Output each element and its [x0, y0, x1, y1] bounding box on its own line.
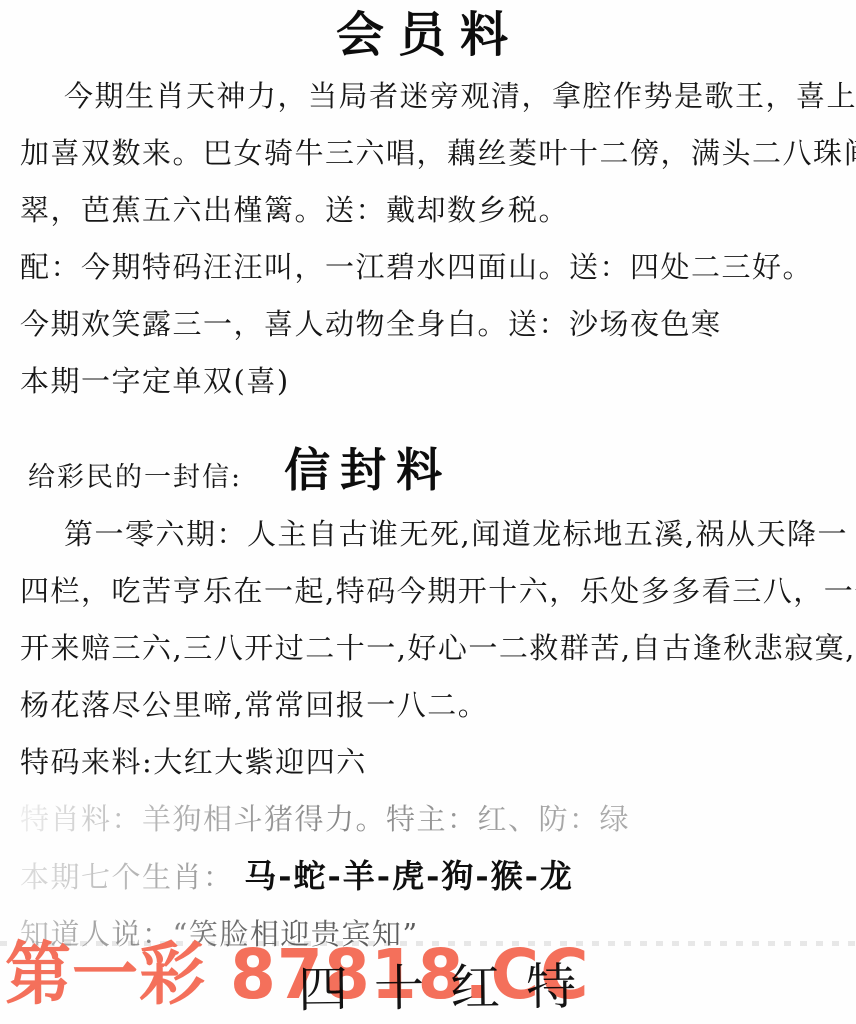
member-pei-line: 配：今期特码汪汪叫，一江碧水四面山。送：四处二三好。	[20, 251, 838, 284]
envelope-intro-label: 给彩民的一封信:	[28, 455, 242, 494]
seven-zodiac-label: 本期七个生肖：	[20, 860, 234, 894]
member-danshuang-line: 本期一字定单双(喜)	[20, 365, 838, 398]
sheet-content: 会员料 今期生肖天神力，当局者迷旁观清，拿腔作势是歌王，喜上 加喜双数来。巴女骑…	[0, 0, 856, 951]
envelope-texiao-faded-line: 特肖料：羊狗相斗猪得力。特主：红、防：绿	[20, 803, 838, 836]
envelope-header: 给彩民的一封信: 信封料	[20, 434, 838, 500]
seven-zodiac-values: 马-蛇-羊-虎-狗-猴-龙	[244, 857, 574, 895]
envelope-tema-line: 特码来料:大红大紫迎四六	[20, 746, 838, 779]
member-poem-line-2: 加喜双数来。巴女骑牛三六唱，藕丝菱叶十二傍，满头二八珠间	[20, 137, 838, 170]
envelope-seven-zodiac-line: 本期七个生肖： 马-蛇-羊-虎-狗-猴-龙	[20, 860, 838, 894]
member-huanxiao-line: 今期欢笑露三一，喜人动物全身白。送：沙场夜色寒	[20, 308, 838, 341]
envelope-letter-line-4: 杨花落尽公里啼,常常回报一八二。	[20, 689, 838, 722]
scanned-lottery-sheet: 会员料 今期生肖天神力，当局者迷旁观清，拿腔作势是歌王，喜上 加喜双数来。巴女骑…	[0, 0, 856, 1024]
envelope-letter-line-3: 开来赔三六,三八开过二十一,好心一二救群苦,自古逢秋悲寂寞,	[20, 632, 838, 665]
member-section-title: 会员料	[20, 0, 838, 64]
envelope-letter-line-2: 四栏，吃苦亨乐在一起,特码今期开十六，乐处多多看三八，一七	[20, 575, 838, 608]
envelope-section-title: 信封料	[284, 434, 452, 500]
member-poem-line-3: 翠，芭蕉五六出槿篱。送：戴却数乡税。	[20, 194, 838, 227]
envelope-letter-line-1: 第一零六期：人主自古谁无死,闻道龙标地五溪,祸从天降一	[20, 518, 838, 551]
member-poem-line-1: 今期生肖天神力，当局者迷旁观清，拿腔作势是歌王，喜上	[20, 80, 838, 113]
handwritten-overlay-text: 四十红特	[298, 946, 603, 1021]
